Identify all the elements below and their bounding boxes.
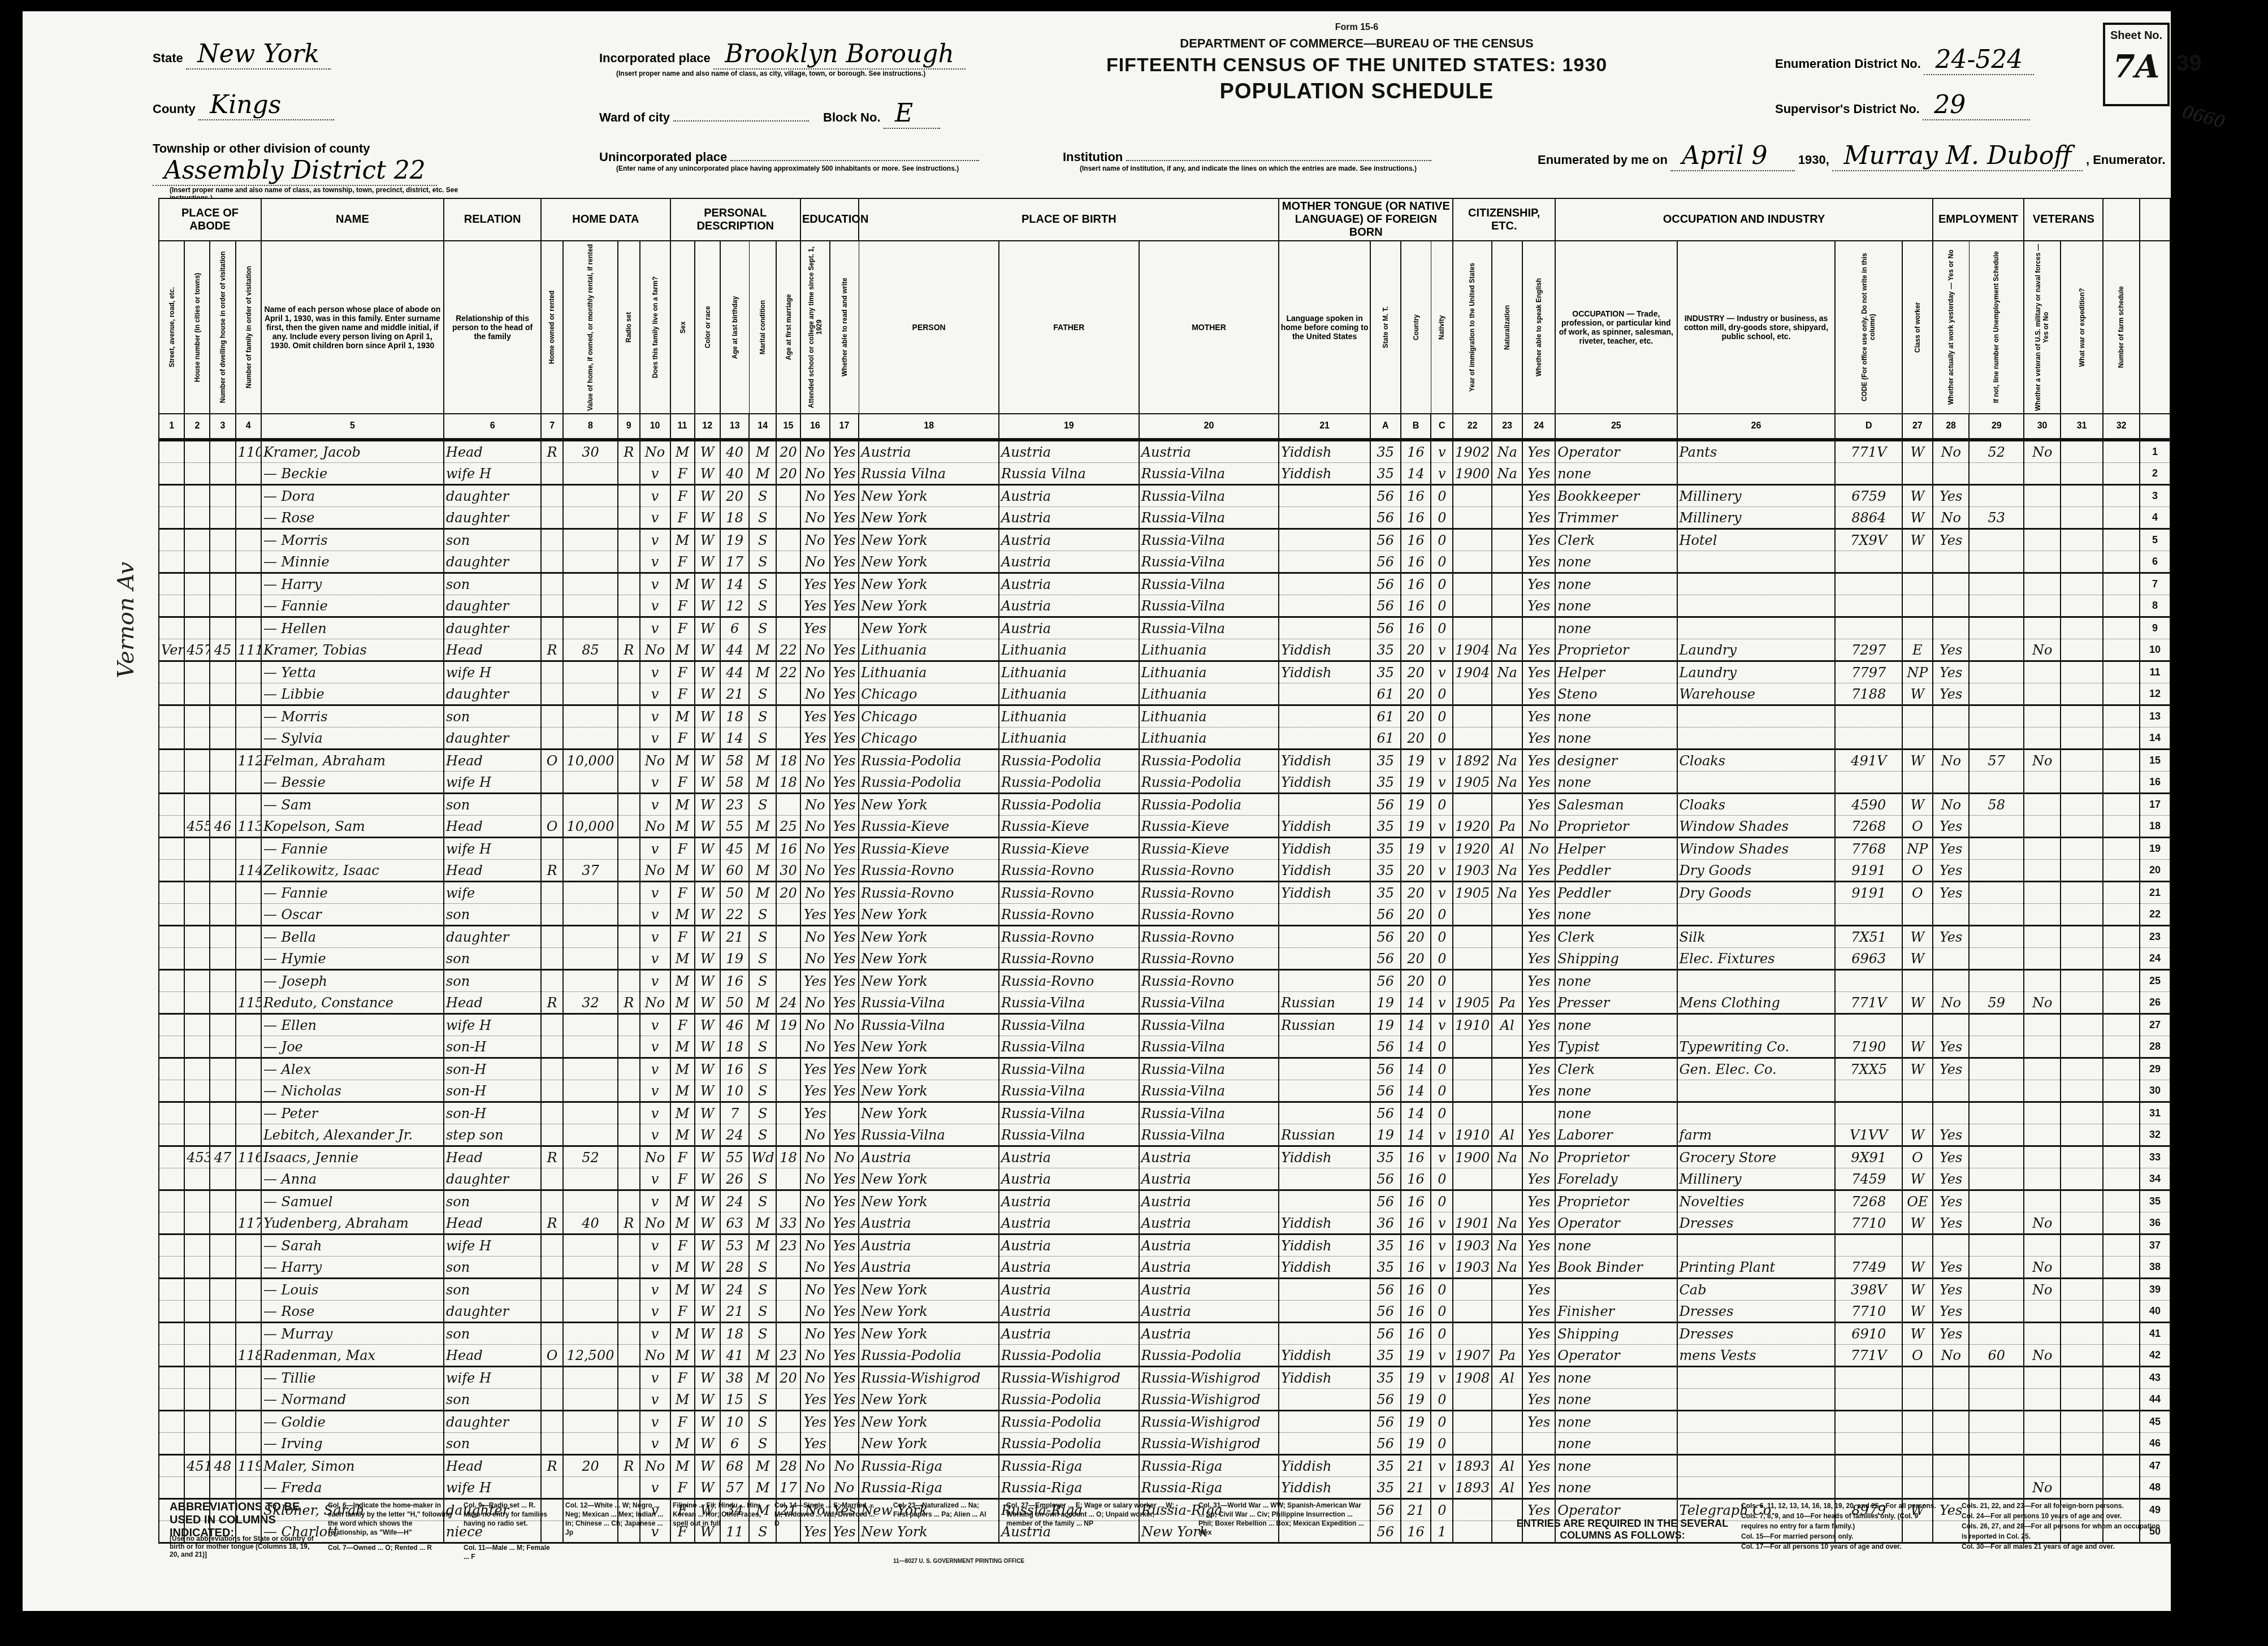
age-cell: 50 [720, 882, 750, 904]
worker-class-cell: W [1902, 992, 1933, 1014]
worker-class-cell: NP [1902, 838, 1933, 860]
dwelling-number-cell [210, 529, 235, 551]
veteran-cell [2024, 1168, 2061, 1190]
occupation-code-cell [1835, 1014, 1902, 1036]
column-header: Home owned or rented [541, 241, 563, 414]
name-cell: — Samuel [261, 1190, 444, 1212]
family-number-cell: 116 [236, 1146, 261, 1168]
family-number-cell [236, 772, 261, 794]
sex-cell: M [670, 1058, 695, 1080]
code-c-cell: 0 [1431, 1190, 1453, 1212]
school-cell: No [800, 794, 830, 816]
school-cell: No [800, 1234, 830, 1257]
code-b-cell: 20 [1401, 882, 1431, 904]
birthplace-mother-cell: Russia-Rovno [1139, 860, 1279, 882]
worker-class-cell [1902, 904, 1933, 926]
unemployment-line-cell [1969, 1190, 2024, 1212]
street-cell [159, 1058, 184, 1080]
marital-cell: S [749, 595, 776, 617]
occupation-cell: Finisher [1555, 1301, 1677, 1323]
naturalization-cell [1492, 1058, 1522, 1080]
radio-cell: R [618, 440, 640, 463]
column-number: 13 [720, 414, 750, 440]
sex-cell: M [670, 948, 695, 970]
mother-tongue-cell: Yiddish [1279, 882, 1370, 904]
marital-cell: M [749, 772, 776, 794]
code-b-cell: 20 [1401, 661, 1431, 683]
street-cell [159, 1168, 184, 1190]
age-cell: 22 [720, 904, 750, 926]
farm-schedule-cell [2103, 551, 2140, 573]
code-c-cell: 0 [1431, 1036, 1453, 1058]
farm-schedule-cell [2103, 948, 2140, 970]
speaks-english-cell: Yes [1522, 1080, 1555, 1102]
occupation-code-cell [1835, 1102, 1902, 1124]
birthplace-person-cell: New York [859, 1301, 999, 1323]
race-cell: W [695, 838, 720, 860]
house-number-cell [184, 661, 210, 683]
marital-cell: M [749, 1014, 776, 1036]
worker-class-cell: W [1902, 507, 1933, 529]
worker-class-cell: O [1902, 816, 1933, 838]
unemployment-line-cell: 59 [1969, 992, 2024, 1014]
home-value-cell [563, 1234, 618, 1257]
dwelling-number-cell [210, 1279, 235, 1301]
war-cell [2061, 529, 2103, 551]
line-number-cell: 6 [2140, 551, 2170, 573]
column-number: 12 [695, 414, 720, 440]
street-cell [159, 772, 184, 794]
street-cell [159, 1036, 184, 1058]
unemployment-line-cell [1969, 1455, 2024, 1477]
read-write-cell: No [830, 1014, 859, 1036]
code-c-cell: 0 [1431, 970, 1453, 992]
immigration-year-cell: 1892 [1453, 750, 1492, 772]
radio-cell: R [618, 992, 640, 1014]
birthplace-person-cell: Austria [859, 1146, 999, 1168]
veteran-cell [2024, 573, 2061, 595]
relation-cell: wife H [444, 838, 541, 860]
marital-cell: S [749, 683, 776, 705]
naturalization-cell: Pa [1492, 992, 1522, 1014]
enumerator-label: , Enumerator. [2086, 153, 2166, 167]
mother-tongue-cell [1279, 1168, 1370, 1190]
war-cell [2061, 1234, 2103, 1257]
veteran-cell [2024, 507, 2061, 529]
house-number-cell [184, 1102, 210, 1124]
enumerated-label: Enumerated by me on [1538, 153, 1668, 167]
radio-cell [618, 661, 640, 683]
mother-tongue-cell [1279, 1036, 1370, 1058]
occupation-cell: none [1555, 1411, 1677, 1433]
unemployment-line-cell: 60 [1969, 1345, 2024, 1367]
school-cell: No [800, 1323, 830, 1345]
line-number-cell: 38 [2140, 1257, 2170, 1279]
farm-schedule-cell [2103, 727, 2140, 750]
naturalization-cell: Na [1492, 1234, 1522, 1257]
dwelling-number-cell [210, 1433, 235, 1455]
at-work-cell: Yes [1933, 882, 1970, 904]
occupation-code-cell: 7268 [1835, 816, 1902, 838]
naturalization-cell [1492, 507, 1522, 529]
code-a-cell: 56 [1370, 1411, 1401, 1433]
read-write-cell [830, 1433, 859, 1455]
code-b-cell: 19 [1401, 1345, 1431, 1367]
at-work-cell [1933, 1455, 1970, 1477]
war-cell [2061, 1455, 2103, 1477]
code-b-cell: 19 [1401, 772, 1431, 794]
veteran-cell [2024, 926, 2061, 948]
birthplace-mother-cell: Russia-Vilna [1139, 485, 1279, 507]
speaks-english-cell [1522, 1433, 1555, 1455]
column-header: Marital condition [749, 241, 776, 414]
immigration-year-cell [1453, 1102, 1492, 1124]
radio-cell [618, 772, 640, 794]
home-owned-cell: O [541, 816, 563, 838]
radio-cell [618, 529, 640, 551]
school-cell: No [800, 1455, 830, 1477]
home-owned-cell [541, 1367, 563, 1389]
birthplace-person-cell: Russia-Vilna [859, 992, 999, 1014]
sex-cell: M [670, 750, 695, 772]
street-cell [159, 1257, 184, 1279]
column-group-header: HOME DATA [541, 198, 670, 241]
birthplace-father-cell: Russia-Wishigrod [999, 1367, 1139, 1389]
table-row: — Joeson-HvMW18SNoYesNew YorkRussia-Viln… [159, 1036, 2170, 1058]
radio-cell [618, 551, 640, 573]
school-cell: No [800, 1345, 830, 1367]
farm-schedule-cell [2103, 1323, 2140, 1345]
naturalization-cell [1492, 551, 1522, 573]
home-owned-cell [541, 661, 563, 683]
column-header: Naturalization [1492, 241, 1522, 414]
birthplace-father-cell: Russia-Podolia [999, 772, 1139, 794]
name-cell: — Bessie [261, 772, 444, 794]
family-number-cell: 117 [236, 1212, 261, 1234]
dwelling-number-cell [210, 705, 235, 727]
birthplace-person-cell: Austria [859, 1212, 999, 1234]
race-cell: W [695, 661, 720, 683]
code-a-cell: 56 [1370, 1190, 1401, 1212]
column-label-row: Street, avenue, road, etc.House number (… [159, 241, 2170, 414]
age-cell: 40 [720, 440, 750, 463]
relation-cell: Head [444, 1345, 541, 1367]
abbr-col14: Col. 14—Single ... S; Married ... M; Wid… [774, 1501, 876, 1528]
code-c-cell: 0 [1431, 529, 1453, 551]
code-b-cell: 19 [1401, 1367, 1431, 1389]
unemployment-line-cell [1969, 1014, 2024, 1036]
mother-tongue-cell [1279, 683, 1370, 705]
at-work-cell: Yes [1933, 1146, 1970, 1168]
read-write-cell: Yes [830, 1279, 859, 1301]
age-first-marriage-cell [776, 529, 800, 551]
table-row: — HarrysonvMW14SYesYesNew YorkAustriaRus… [159, 573, 2170, 595]
occupation-code-cell [1835, 904, 1902, 926]
birthplace-person-cell: Russia-Kieve [859, 816, 999, 838]
birthplace-mother-cell: Russia-Kieve [1139, 838, 1279, 860]
speaks-english-cell: Yes [1522, 1212, 1555, 1234]
race-cell: W [695, 1190, 720, 1212]
code-c-cell: v [1431, 816, 1453, 838]
supervisor-district-value: 29 [1923, 90, 2030, 120]
column-number: 16 [800, 414, 830, 440]
occupation-cell: none [1555, 1367, 1677, 1389]
occupation-code-cell: 9X91 [1835, 1146, 1902, 1168]
school-cell: Yes [800, 1389, 830, 1411]
naturalization-cell [1492, 1411, 1522, 1433]
street-cell [159, 1080, 184, 1102]
radio-cell [618, 595, 640, 617]
at-work-cell [1933, 1102, 1970, 1124]
at-work-cell: Yes [1933, 485, 1970, 507]
radio-cell [618, 1014, 640, 1036]
code-c-cell: 0 [1431, 705, 1453, 727]
read-write-cell: Yes [830, 838, 859, 860]
home-owned-cell [541, 970, 563, 992]
abbr-col23: Col. 23—Naturalized ... Na; First papers… [893, 1501, 995, 1519]
birthplace-father-cell: Austria [999, 1234, 1139, 1257]
industry-cell: Dresses [1677, 1323, 1836, 1345]
veteran-cell [2024, 661, 2061, 683]
code-c-cell: v [1431, 1367, 1453, 1389]
veteran-cell [2024, 727, 2061, 750]
required-entries-title: ENTRIES ARE REQUIRED IN THE SEVERAL COLU… [1515, 1518, 1730, 1541]
birthplace-father-cell: Austria [999, 1279, 1139, 1301]
sex-cell: F [670, 1367, 695, 1389]
school-cell: Yes [800, 1411, 830, 1433]
age-cell: 24 [720, 1190, 750, 1212]
speaks-english-cell: Yes [1522, 904, 1555, 926]
read-write-cell: Yes [830, 1080, 859, 1102]
age-cell: 46 [720, 1014, 750, 1036]
at-work-cell: Yes [1933, 1168, 1970, 1190]
line-number-cell: 9 [2140, 617, 2170, 639]
occupation-cell: Proprietor [1555, 1146, 1677, 1168]
birthplace-mother-cell: Russia-Podolia [1139, 772, 1279, 794]
birthplace-father-cell: Russia-Kieve [999, 838, 1139, 860]
unemployment-line-cell [1969, 970, 2024, 992]
birthplace-mother-cell: Austria [1139, 1323, 1279, 1345]
worker-class-cell [1902, 970, 1933, 992]
home-owned-cell [541, 1190, 563, 1212]
marital-cell: M [749, 992, 776, 1014]
farm-schedule-cell [2103, 1234, 2140, 1257]
veteran-cell [2024, 1102, 2061, 1124]
at-work-cell: Yes [1933, 1212, 1970, 1234]
code-a-cell: 35 [1370, 1367, 1401, 1389]
home-owned-cell [541, 507, 563, 529]
enum-district-label: Enumeration District No. [1775, 57, 1921, 71]
home-owned-cell [541, 1433, 563, 1455]
name-cell: — Joe [261, 1036, 444, 1058]
table-row: — Fanniewife HvFW45M16NoYesRussia-KieveR… [159, 838, 2170, 860]
veteran-cell: No [2024, 440, 2061, 463]
sex-cell: M [670, 1190, 695, 1212]
county-field: County Kings [153, 90, 334, 120]
marital-cell: S [749, 1279, 776, 1301]
home-value-cell [563, 1168, 618, 1190]
home-owned-cell [541, 1102, 563, 1124]
home-value-cell [563, 617, 618, 639]
industry-cell [1677, 551, 1836, 573]
table-row: — SamsonvMW23SNoYesNew YorkRussia-Podoli… [159, 794, 2170, 816]
occupation-cell: none [1555, 1102, 1677, 1124]
immigration-year-cell [1453, 529, 1492, 551]
race-cell: W [695, 683, 720, 705]
code-a-cell: 61 [1370, 727, 1401, 750]
family-number-cell [236, 1080, 261, 1102]
farm-cell: v [640, 970, 670, 992]
farm-schedule-cell [2103, 1080, 2140, 1102]
relation-cell: son [444, 794, 541, 816]
line-number-cell: 15 [2140, 750, 2170, 772]
street-cell [159, 617, 184, 639]
line-number-cell: 39 [2140, 1279, 2170, 1301]
worker-class-cell: W [1902, 529, 1933, 551]
birthplace-mother-cell: Russia-Vilna [1139, 1014, 1279, 1036]
dwelling-number-cell: 47 [210, 1146, 235, 1168]
school-cell: No [800, 1212, 830, 1234]
birthplace-mother-cell: Austria [1139, 1168, 1279, 1190]
birthplace-person-cell: New York [859, 617, 999, 639]
code-b-cell: 16 [1401, 1323, 1431, 1345]
family-number-cell [236, 1433, 261, 1455]
read-write-cell: Yes [830, 816, 859, 838]
read-write-cell: No [830, 1455, 859, 1477]
worker-class-cell: E [1902, 639, 1933, 661]
mother-tongue-cell [1279, 595, 1370, 617]
code-c-cell: v [1431, 1212, 1453, 1234]
occupation-cell: Salesman [1555, 794, 1677, 816]
unemployment-line-cell [1969, 1080, 2024, 1102]
war-cell [2061, 750, 2103, 772]
naturalization-cell [1492, 948, 1522, 970]
school-cell: No [800, 1124, 830, 1146]
required-entries-list: Cols. 6, 11, 12, 13, 14, 16, 18, 19, 20,… [1741, 1501, 2171, 1552]
school-cell: No [800, 463, 830, 485]
line-number-cell: 14 [2140, 727, 2170, 750]
column-group-header [2140, 198, 2170, 241]
marital-cell: M [749, 750, 776, 772]
naturalization-cell [1492, 1036, 1522, 1058]
line-number-cell: 33 [2140, 1146, 2170, 1168]
industry-cell: Window Shades [1677, 838, 1836, 860]
house-number-cell [184, 1212, 210, 1234]
farm-schedule-cell [2103, 970, 2140, 992]
speaks-english-cell: Yes [1522, 1168, 1555, 1190]
house-number-cell [184, 838, 210, 860]
birthplace-person-cell: New York [859, 970, 999, 992]
sex-cell: M [670, 1389, 695, 1411]
mother-tongue-cell: Yiddish [1279, 816, 1370, 838]
speaks-english-cell: Yes [1522, 507, 1555, 529]
veteran-cell [2024, 816, 2061, 838]
birthplace-mother-cell: Austria [1139, 1257, 1279, 1279]
street-cell [159, 1190, 184, 1212]
farm-schedule-cell [2103, 463, 2140, 485]
farm-cell: v [640, 1036, 670, 1058]
table-row: — DoradaughtervFW20SNoYesNew YorkAustria… [159, 485, 2170, 507]
immigration-year-cell [1453, 1323, 1492, 1345]
printer-mark: 11—8027 U. S. GOVERNMENT PRINTING OFFICE [893, 1557, 1119, 1566]
marital-cell: S [749, 948, 776, 970]
column-group-header: EMPLOYMENT [1933, 198, 2024, 241]
speaks-english-cell: Yes [1522, 794, 1555, 816]
farm-cell: v [640, 1080, 670, 1102]
immigration-year-cell: 1905 [1453, 772, 1492, 794]
relation-cell: daughter [444, 727, 541, 750]
code-c-cell: 0 [1431, 1080, 1453, 1102]
birthplace-mother-cell: Lithuania [1139, 705, 1279, 727]
birthplace-mother-cell: Russia-Kieve [1139, 816, 1279, 838]
school-cell: Yes [800, 705, 830, 727]
column-header: CODE (For office use only. Do not write … [1835, 241, 1902, 414]
radio-cell [618, 816, 640, 838]
race-cell: W [695, 882, 720, 904]
dwelling-number-cell [210, 485, 235, 507]
age-first-marriage-cell [776, 1190, 800, 1212]
home-owned-cell [541, 1168, 563, 1190]
farm-schedule-cell [2103, 529, 2140, 551]
census-rows: 110Kramer, JacobHeadR30RNoMW40M20NoYesAu… [159, 440, 2170, 1543]
code-a-cell: 56 [1370, 1389, 1401, 1411]
code-c-cell: v [1431, 772, 1453, 794]
house-number-cell [184, 1014, 210, 1036]
worker-class-cell [1902, 1389, 1933, 1411]
marital-cell: M [749, 838, 776, 860]
table-row: — FanniewifevFW50M20NoYesRussia-RovnoRus… [159, 882, 2170, 904]
code-b-cell: 20 [1401, 904, 1431, 926]
column-header: MOTHER [1139, 241, 1279, 414]
home-value-cell [563, 882, 618, 904]
occupation-code-cell: 7190 [1835, 1036, 1902, 1058]
column-group-header [2103, 198, 2140, 241]
immigration-year-cell [1453, 727, 1492, 750]
name-cell: — Rose [261, 1301, 444, 1323]
age-first-marriage-cell [776, 1301, 800, 1323]
school-cell: No [800, 1301, 830, 1323]
marital-cell: S [749, 1080, 776, 1102]
naturalization-cell [1492, 1433, 1522, 1455]
war-cell [2061, 882, 2103, 904]
code-b-cell: 20 [1401, 639, 1431, 661]
speaks-english-cell: Yes [1522, 683, 1555, 705]
radio-cell: R [618, 1455, 640, 1477]
naturalization-cell [1492, 595, 1522, 617]
war-cell [2061, 1190, 2103, 1212]
birthplace-mother-cell: Russia-Riga [1139, 1455, 1279, 1477]
unemployment-line-cell [1969, 705, 2024, 727]
farm-cell: No [640, 1455, 670, 1477]
table-row: — BelladaughtervFW21SNoYesNew YorkRussia… [159, 926, 2170, 948]
code-a-cell: 56 [1370, 573, 1401, 595]
occupation-cell: Operator [1555, 1212, 1677, 1234]
age-cell: 12 [720, 595, 750, 617]
code-a-cell: 56 [1370, 1301, 1401, 1323]
age-first-marriage-cell: 24 [776, 992, 800, 1014]
code-c-cell: 0 [1431, 1433, 1453, 1455]
abbr-col27: Col. 27—Employer ... E; Wage or salary w… [1006, 1501, 1176, 1528]
dwelling-number-cell [210, 992, 235, 1014]
veteran-cell [2024, 617, 2061, 639]
school-cell: Yes [800, 1433, 830, 1455]
war-cell [2061, 772, 2103, 794]
house-number-cell [184, 1036, 210, 1058]
column-number: 10 [640, 414, 670, 440]
line-number-cell: 32 [2140, 1124, 2170, 1146]
home-owned-cell [541, 926, 563, 948]
dwelling-number-cell: 45 [210, 639, 235, 661]
